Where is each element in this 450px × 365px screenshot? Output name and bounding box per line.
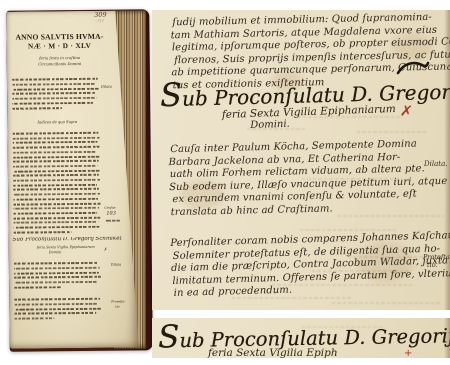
entry-subtitle-line2: Domini [49,251,62,255]
section-line: Iudices de quo Supra [7,121,107,126]
manuscript-text-line [12,87,99,90]
manuscript-text-line [13,193,100,196]
manuscript-text-line [12,107,62,110]
red-cross-mark: ✗ [104,249,108,254]
manuscript-text-line [12,97,97,100]
bleedthrough-line [338,215,444,217]
red-mark-partial: + [404,349,412,358]
manuscript-text-line [13,174,99,177]
page-subtitle-line2: Circumciſionis Domini [7,61,113,66]
margin-note-dilata-top: Dilata [101,86,112,90]
manuscript-screenshot: 309 · ſ ſ ſ ANNO SALVTIS HVMA- NÆ · M · … [0,0,450,365]
partial-subheading: feria Sexta Vigilia Epiph [208,348,338,358]
detail-crop-main: ſudij mobilium et immobilium: Quod ſupra… [152,10,450,310]
margin-note-line: Proteſta- [423,253,450,261]
manuscript-text-line [14,262,98,265]
manuscript-text-line [14,231,72,234]
margin-squiggle [104,220,120,222]
folio-number: 309 [94,12,106,19]
manuscript-text-line [13,216,100,219]
margin-label-census: Cenſus [104,207,115,210]
manuscript-text-line [12,92,95,95]
page-title-line1: ANNO SALVTIS HVMA- [6,33,112,42]
manuscript-text-line [13,198,98,201]
margin-number: 103 [106,212,116,217]
manuscript-text-line [14,317,54,320]
entry-date-subheading: feria Sexta Vigilia Epiphaniarum Domini. [222,104,397,132]
manuscript-book-photo: 309 · ſ ſ ſ ANNO SALVTIS HVMA- NÆ · M · … [6,9,153,351]
entry-heading: Sub Proconſulatu D. Gregorij Schmiket [13,236,133,243]
manuscript-text-line [13,151,97,154]
margin-note-dilata: Dilata. [424,160,447,168]
manuscript-text-line [13,136,101,139]
entry-subtitle-line1: feria Sexta Vigilia Epiphaniarum [37,246,95,250]
bleedthrough-line [300,229,396,231]
red-cross-mark: ✗ [399,103,413,119]
manuscript-text-line [14,303,98,306]
manuscript-text-line [13,221,98,224]
manuscript-text-line [13,226,99,229]
manuscript-text-line [14,307,101,310]
manuscript-text-line [14,281,97,284]
margin-note-line: tio. [427,261,450,269]
manuscript-text-line [12,102,93,105]
manuscript-text-line [13,212,97,215]
manuscript-text-line [13,146,100,149]
manuscript-text-line [12,78,98,81]
manuscript-text-line [13,179,101,182]
latin-paragraph: Cauſa inter Paulum Köcha, Sempotente Dom… [168,138,448,219]
manuscript-text-line [14,276,101,279]
folio-marks: · ſ ſ ſ [95,20,103,24]
manuscript-text-line [14,312,96,315]
manuscript-text-line [14,286,62,289]
manuscript-text-line [13,169,100,172]
bleedthrough-line [357,131,427,133]
manuscript-text-line [13,202,101,205]
manuscript-text-line [13,184,97,187]
manuscript-text-line [13,188,99,191]
manuscript-text-line [13,165,98,168]
manuscript-text-line [14,271,99,274]
margin-note-dilata: Dilata [111,264,121,268]
margin-note-protestatio: Proteſta- tio. [423,253,450,269]
manuscript-text-line [13,141,98,144]
latin-paragraph: Perſonaliter coram nobis comparens Johan… [170,230,450,300]
manuscript-text-line [12,132,98,135]
manuscript-text-line [13,207,99,210]
manuscript-text-line [12,83,96,86]
detail-crop-strip: Sub Proconſulatu D. Gregorij Schmiket fe… [152,318,450,358]
manuscript-text-line [14,267,100,270]
page-title-line2: NÆ · M · D · XLV [7,43,113,51]
margin-note-protestatio-line1: Proteſta- [111,301,125,304]
manuscript-text-line [13,155,101,158]
manuscript-text-line [13,160,99,163]
manuscript-text-line [14,298,100,301]
page-subtitle-line1: feria ſexta in craſtino [7,56,113,61]
bleedthrough-line [332,302,442,304]
margin-note-protestatio-line2: tio [115,306,119,309]
